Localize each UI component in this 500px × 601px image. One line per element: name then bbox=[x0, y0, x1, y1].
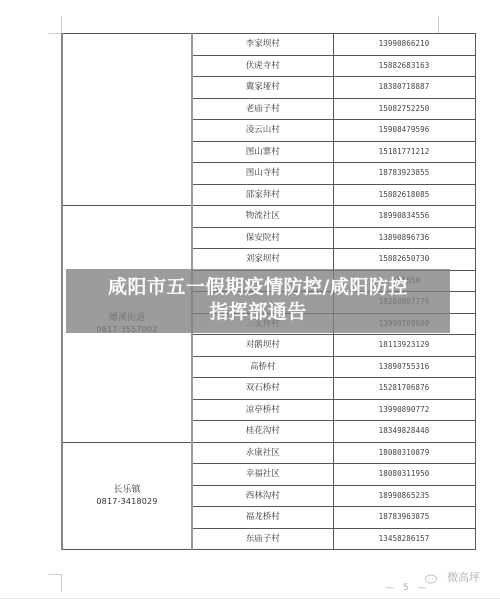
page-number: — 5 — bbox=[385, 583, 429, 593]
village-phone: 15082752250 bbox=[333, 98, 475, 120]
group-phone: 0817-3418029 bbox=[63, 496, 191, 507]
village-phone: 18990834556 bbox=[333, 206, 475, 228]
village-name: 永康社区 bbox=[192, 442, 333, 464]
village-phone: 13990866210 bbox=[333, 34, 475, 56]
village-phone: 18080310879 bbox=[333, 442, 475, 464]
village-name: 图山寺村 bbox=[192, 163, 333, 185]
village-phone: 15281706876 bbox=[333, 378, 475, 400]
village-phone: 18349828448 bbox=[333, 421, 475, 443]
village-name: 幸福社区 bbox=[192, 464, 333, 486]
crop-mark-top-right-v bbox=[438, 16, 439, 33]
crop-mark-bottom-left-v bbox=[61, 574, 62, 592]
village-phone: 13458286157 bbox=[333, 528, 475, 550]
banner-title-line1: 咸阳市五一假期疫情防控/咸阳防控 bbox=[66, 275, 450, 299]
village-phone: 18783963875 bbox=[333, 507, 475, 529]
group-cell: 长乐镇 0817-3418029 bbox=[62, 442, 192, 550]
crop-mark-top-left-v bbox=[61, 16, 62, 33]
village-name: 保安院村 bbox=[192, 227, 333, 249]
table-row: 长乐镇 0817-3418029 永康社区 18080310879 bbox=[62, 442, 475, 464]
village-phone: 18990865235 bbox=[333, 485, 475, 507]
village-phone: 15181771212 bbox=[333, 141, 475, 163]
crop-mark-top-left-h bbox=[48, 33, 62, 34]
village-name: 刘家坝村 bbox=[192, 249, 333, 271]
village-name: 伏虎寺村 bbox=[192, 55, 333, 77]
title-banner: 咸阳市五一假期疫情防控/咸阳防控 指挥部通告 bbox=[66, 269, 450, 333]
village-phone: 18080311950 bbox=[333, 464, 475, 486]
village-phone: 18783923855 bbox=[333, 163, 475, 185]
village-name: 福龙桥村 bbox=[192, 507, 333, 529]
village-phone: 13890896736 bbox=[333, 227, 475, 249]
village-name: 冀家垭村 bbox=[192, 77, 333, 99]
village-phone: 15908479596 bbox=[333, 120, 475, 142]
village-phone: 15882650730 bbox=[333, 249, 475, 271]
table-row: 螺溪街道 0817-3557002 物流社区 18990834556 bbox=[62, 206, 475, 228]
village-phone: 15882683163 bbox=[333, 55, 475, 77]
village-name: 东庙子村 bbox=[192, 528, 333, 550]
village-phone: 15882618085 bbox=[333, 184, 475, 206]
village-phone: 18380718887 bbox=[333, 77, 475, 99]
group-cell bbox=[62, 34, 192, 206]
group-name: 长乐镇 bbox=[63, 484, 191, 496]
village-name: 双石桥村 bbox=[192, 378, 333, 400]
document-page: 李家坝村 13990866210 伏虎寺村15882683163 冀家垭村183… bbox=[0, 0, 500, 601]
crop-mark-bottom-left-h bbox=[48, 574, 62, 575]
village-name: 对鹅坝村 bbox=[192, 335, 333, 357]
village-phone: 13990890772 bbox=[333, 399, 475, 421]
village-name: 物流社区 bbox=[192, 206, 333, 228]
bottom-divider bbox=[0, 598, 500, 599]
village-phone: 13890755316 bbox=[333, 356, 475, 378]
village-name: 李家坝村 bbox=[192, 34, 333, 56]
village-name: 凌云山村 bbox=[192, 120, 333, 142]
village-name: 凉亭桥村 bbox=[192, 399, 333, 421]
village-name: 高桥村 bbox=[192, 356, 333, 378]
village-name: 邵家拜村 bbox=[192, 184, 333, 206]
banner-title-line2: 指挥部通告 bbox=[66, 300, 450, 324]
watermark-text: 微高坪 bbox=[447, 569, 480, 585]
table-row: 李家坝村 13990866210 bbox=[62, 34, 475, 56]
village-phone: 18113923129 bbox=[333, 335, 475, 357]
village-name: 西林沟村 bbox=[192, 485, 333, 507]
village-name: 图山寨村 bbox=[192, 141, 333, 163]
village-name: 桂花沟村 bbox=[192, 421, 333, 443]
village-name: 老庙子村 bbox=[192, 98, 333, 120]
